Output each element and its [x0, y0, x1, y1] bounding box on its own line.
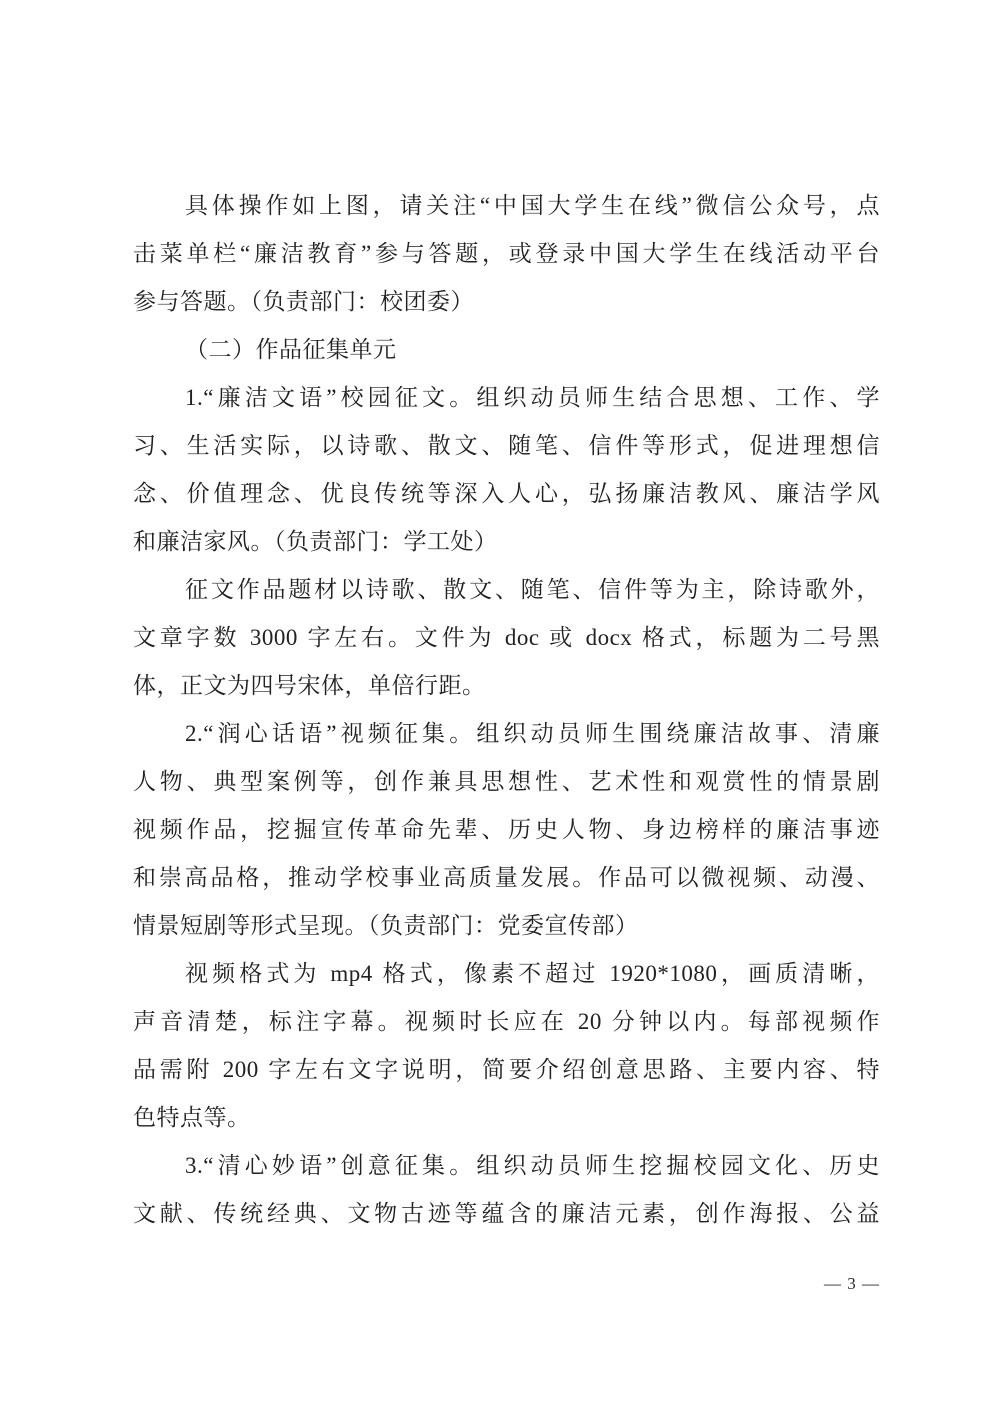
page-number: — 3 — [824, 1274, 880, 1293]
text-line: 视频格式为 mp4 格式，像素不超过 1920*1080，画质清晰， [133, 950, 880, 998]
text-line: 征文作品题材以诗歌、散文、随笔、信件等为主，除诗歌外， [133, 566, 880, 614]
text-line: 人物、典型案例等，创作兼具思想性、艺术性和观赏性的情景剧 [133, 758, 880, 806]
paragraph: 2.“润心话语”视频征集。组织动员师生围绕廉洁故事、清廉人物、典型案例等，创作兼… [133, 710, 880, 950]
text-line: 视频作品，挖掘宣传革命先辈、历史人物、身边榜样的廉洁事迹 [133, 806, 880, 854]
text-line: 文献、传统经典、文物古迹等蕴含的廉洁元素，创作海报、公益 [133, 1190, 880, 1238]
text-line: 品需附 200 字左右文字说明，简要介绍创意思路、主要内容、特 [133, 1046, 880, 1094]
text-line: 1.“廉洁文语”校园征文。组织动员师生结合思想、工作、学 [133, 374, 880, 422]
section-heading: （二）作品征集单元 [133, 326, 880, 374]
paragraph: 3.“清心妙语”创意征集。组织动员师生挖掘校园文化、历史文献、传统经典、文物古迹… [133, 1142, 880, 1238]
paragraph: 视频格式为 mp4 格式，像素不超过 1920*1080，画质清晰，声音清楚，标… [133, 950, 880, 1142]
text-line: 3.“清心妙语”创意征集。组织动员师生挖掘校园文化、历史 [133, 1142, 880, 1190]
text-line: 声音清楚，标注字幕。视频时长应在 20 分钟以内。每部视频作 [133, 998, 880, 1046]
text-line: 习、生活实际，以诗歌、散文、随笔、信件等形式，促进理想信 [133, 422, 880, 470]
text-line: 念、价值理念、优良传统等深入人心，弘扬廉洁教风、廉洁学风 [133, 470, 880, 518]
text-line: 参与答题。（负责部门：校团委） [133, 278, 880, 326]
paragraph: 具体操作如上图，请关注“中国大学生在线”微信公众号，点击菜单栏“廉洁教育”参与答… [133, 182, 880, 326]
document-body: 具体操作如上图，请关注“中国大学生在线”微信公众号，点击菜单栏“廉洁教育”参与答… [133, 182, 880, 1238]
text-line: 和崇高品格，推动学校事业高质量发展。作品可以微视频、动漫、 [133, 854, 880, 902]
page-footer: — 3 — [133, 1272, 880, 1296]
paragraph: 1.“廉洁文语”校园征文。组织动员师生结合思想、工作、学习、生活实际，以诗歌、散… [133, 374, 880, 566]
document-page: 具体操作如上图，请关注“中国大学生在线”微信公众号，点击菜单栏“廉洁教育”参与答… [0, 0, 1000, 1414]
section-heading-text: （二）作品征集单元 [133, 326, 880, 374]
paragraph: 征文作品题材以诗歌、散文、随笔、信件等为主，除诗歌外，文章字数 3000 字左右… [133, 566, 880, 710]
text-line: 2.“润心话语”视频征集。组织动员师生围绕廉洁故事、清廉 [133, 710, 880, 758]
text-line: 和廉洁家风。（负责部门：学工处） [133, 518, 880, 566]
text-line: 具体操作如上图，请关注“中国大学生在线”微信公众号，点 [133, 182, 880, 230]
text-line: 情景短剧等形式呈现。（负责部门：党委宣传部） [133, 902, 880, 950]
text-line: 色特点等。 [133, 1094, 880, 1142]
text-line: 体，正文为四号宋体，单倍行距。 [133, 662, 880, 710]
text-line: 文章字数 3000 字左右。文件为 doc 或 docx 格式，标题为二号黑 [133, 614, 880, 662]
text-line: 击菜单栏“廉洁教育”参与答题，或登录中国大学生在线活动平台 [133, 230, 880, 278]
